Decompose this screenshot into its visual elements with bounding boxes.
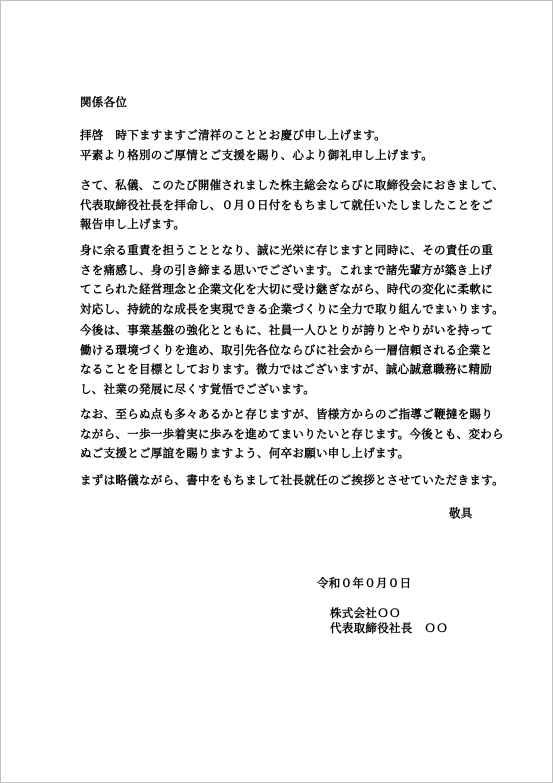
paragraph-line: さを痛感し、身の引き締まる思いでございます。これまで諸先輩方が築き上げ [80, 261, 480, 281]
paragraph-line: なお、至らぬ点も多々あるかと存じますが、皆様方からのご指導ご鞭撻を賜り [80, 405, 480, 425]
salutation: 関係各位 [80, 93, 127, 113]
paragraph-line: 身に余る重責を担うこととなり、誠に光栄に存じますと同時に、その責任の重 [80, 241, 480, 261]
paragraph-line: 今後は、事業基盤の強化とともに、社員一人ひとりが誇りとやりがいを持って [80, 321, 480, 341]
greeting-line: 拝啓 時下ますますご清祥のこととお慶び申し上げます。 [80, 126, 480, 146]
date: 令和０年０月０日 [317, 574, 411, 594]
paragraph-line: 報告申し上げます。 [80, 215, 480, 235]
signatory: 代表取締役社長 ＯＯ [330, 619, 448, 639]
paragraph-line: 働ける環境づくりを進め、取引先各位ならびに社会から一層信頼される企業と [80, 341, 480, 361]
paragraph-line: ぬご支援とご厚誼を賜りますよう、何卒お願い申し上げます。 [80, 444, 480, 464]
paragraph-announcement: さて、私儀、このたび開催されました株主総会ならびに取締役会におきまして、 代表取… [80, 176, 480, 235]
greeting-line: 平素より格別のご厚情とご支援を賜り、心より御礼申し上げます。 [80, 146, 480, 166]
paragraph-line: てこられた経営理念と企業文化を大切に受け継ぎながら、時代の変化に柔軟に [80, 280, 480, 300]
paragraph-resolve: 身に余る重責を担うこととなり、誠に光栄に存じますと同時に、その責任の重 さを痛感… [80, 241, 480, 319]
paragraph-request: なお、至らぬ点も多々あるかと存じますが、皆様方からのご指導ご鞭撻を賜り ながら、… [80, 405, 480, 464]
paragraph-line: ながら、一歩一歩着実に歩みを進めてまいりたいと存じます。今後とも、変わら [80, 425, 480, 445]
paragraph-line: まずは略儀ながら、書中をもちまして社長就任のご挨拶とさせていただきます。 [80, 471, 480, 491]
paragraph-line: なることを目標としております。微力ではございますが、誠心誠意職務に精励 [80, 360, 480, 380]
paragraph-line: し、社業の発展に尽くす覚悟でございます。 [80, 380, 480, 400]
greeting: 拝啓 時下ますますご清祥のこととお慶び申し上げます。 平素より格別のご厚情とご支… [80, 126, 480, 165]
paragraph-line: 対応し、持続的な成長を実現できる企業づくりに全力で取り組んでまいります。 [80, 300, 480, 320]
closing: 敬具 [449, 504, 473, 524]
paragraph-goals: 今後は、事業基盤の強化とともに、社員一人ひとりが誇りとやりがいを持って 働ける環… [80, 321, 480, 399]
paragraph-line: 代表取締役社長を拝命し、０月０日付をもちまして就任いたしましたことをご [80, 196, 480, 216]
paragraph-line: さて、私儀、このたび開催されました株主総会ならびに取締役会におきまして、 [80, 176, 480, 196]
document-page: 関係各位 拝啓 時下ますますご清祥のこととお慶び申し上げます。 平素より格別のご… [0, 0, 553, 783]
paragraph-closing-remark: まずは略儀ながら、書中をもちまして社長就任のご挨拶とさせていただきます。 [80, 471, 480, 491]
